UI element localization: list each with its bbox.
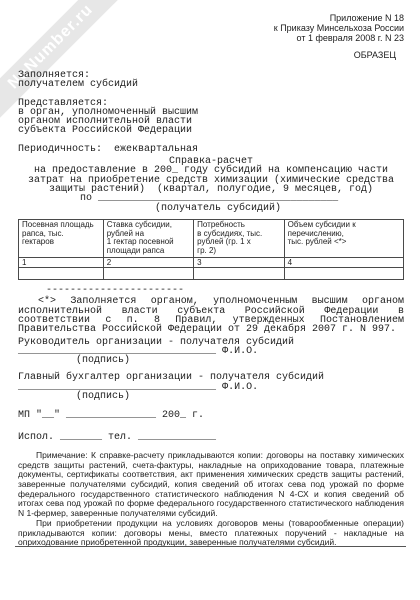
document-page: NoNumber.ru Приложение N 18 к Приказу Ми… [0,0,420,600]
note-block: Примечание: К справке-расчету прикладыва… [18,451,404,548]
col-header-transfer-volume: Объем субсидии к перечислению, тыс. рубл… [284,219,403,257]
sample-stamp: ОБРАЗЕЦ [18,50,404,60]
col-number-1: 1 [19,258,104,268]
filled-by-value: получателем субсидий [18,80,404,89]
document-title: Справка-расчет на предоставление в 200_ … [18,157,404,194]
document-content: Приложение N 18 к Приказу Минсельхоза Ро… [18,13,404,548]
column-number-row: 1 2 3 4 [19,258,404,268]
accountant-signature-caption: (подпись) [76,392,404,401]
head-fio-label: Ф.И.О. [222,346,258,357]
col-header-need: Потребность в субсидиях, тыс. рублей (гр… [194,219,284,257]
appendix-header: Приложение N 18 к Приказу Минсельхоза Ро… [18,13,404,60]
accountant-fio-label: Ф.И.О. [222,382,258,393]
executor-phone-line: Испол. _______ тел. _____________ [18,433,404,442]
value-cell-4 [284,268,403,280]
table-header-row: Посевная площадь рапса, тыс. гектаров Ст… [19,219,404,257]
periodicity-line: Периодичность: ежеквартальная [18,145,404,154]
value-cell-3 [194,268,284,280]
accountant-signature-block: Главный бухгалтер организации - получате… [18,373,404,401]
head-signature-block: Руководитель организации - получателя су… [18,338,404,366]
calculation-table: Посевная площадь рапса, тыс. гектаров Ст… [18,219,404,280]
info-block: Заполняется: получателем субсидий Предст… [18,71,404,154]
col-number-3: 3 [194,258,284,268]
footnote-separator: ----------------------- [46,286,404,295]
appendix-line-1: Приложение N 18 [18,13,404,23]
po-label: по [80,193,92,204]
stamp-date-line: МП "__" _______________ 200_ г. [18,411,404,420]
appendix-line-3: от 1 февраля 2008 г. N 23 [18,33,404,43]
value-cell-2 [103,268,193,280]
col-header-subsidy-rate: Ставка субсидии, рублей на 1 гектар посе… [103,219,193,257]
col-number-4: 4 [284,258,403,268]
appendix-line-2: к Приказу Минсельхоза России [18,23,404,33]
col-number-2: 2 [103,258,193,268]
value-cell-1 [19,268,104,280]
submitted-to-line-3: субъекта Российской Федерации [18,126,404,135]
note-paragraph-1: Примечание: К справке-расчету прикладыва… [18,451,404,519]
table-value-row [19,268,404,280]
note-paragraph-2: При приобретении продукции на условиях д… [18,519,404,548]
head-signature-caption: (подпись) [76,356,404,365]
footer-divider [15,546,406,547]
footnote-text: <*> Заполняется органом, уполномоченным … [18,297,404,334]
recipient-caption: (получатель субсидий) [155,204,404,213]
col-header-sown-area: Посевная площадь рапса, тыс. гектаров [19,219,104,257]
